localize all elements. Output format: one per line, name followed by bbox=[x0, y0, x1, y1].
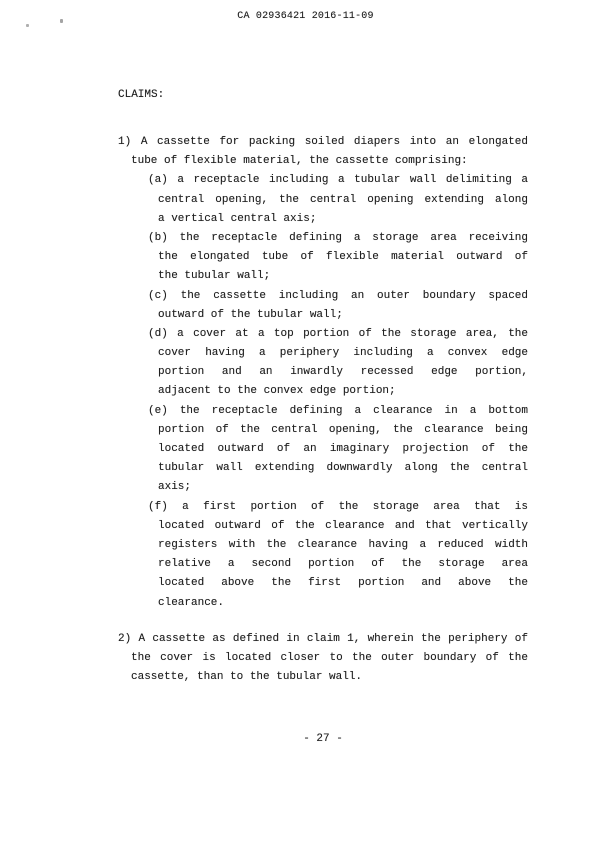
claim-item-line: relative a second portion of the storage… bbox=[158, 555, 528, 574]
claim-item-line: portion of the central opening, the clea… bbox=[158, 421, 528, 440]
claim-item-line: (d) a cover at a top portion of the stor… bbox=[148, 325, 528, 344]
scan-speck bbox=[26, 24, 29, 27]
claim-item-line: located outward of the clearance and tha… bbox=[158, 517, 528, 536]
claim-item-line: adjacent to the convex edge portion; bbox=[158, 382, 528, 401]
claim-item-line: axis; bbox=[158, 478, 528, 497]
claim-2: 2) A cassette as defined in claim 1, whe… bbox=[118, 630, 528, 688]
page-number: - 27 - bbox=[118, 733, 528, 745]
claim-1: 1) A cassette for packing soiled diapers… bbox=[118, 133, 528, 613]
claim-item-line: a vertical central axis; bbox=[158, 210, 528, 229]
claim-item-line: located above the first portion and abov… bbox=[158, 574, 528, 593]
claim-item-line: clearance. bbox=[158, 594, 528, 613]
patent-document-page: CA 02936421 2016-11-09 CLAIMS: 1) A cass… bbox=[0, 0, 611, 864]
claim-item-line: tubular wall extending downwardly along … bbox=[158, 459, 528, 478]
claim-text-line: tube of flexible material, the cassette … bbox=[131, 152, 528, 171]
claim-item-line: outward of the tubular wall; bbox=[158, 306, 528, 325]
claim-item-line: (c) the cassette including an outer boun… bbox=[148, 287, 528, 306]
claim-item-line: (a) a receptacle including a tubular wal… bbox=[148, 171, 528, 190]
claim-text-line: cassette, than to the tubular wall. bbox=[131, 668, 528, 687]
document-header: CA 02936421 2016-11-09 bbox=[0, 11, 611, 22]
claims-body: 1) A cassette for packing soiled diapers… bbox=[118, 133, 528, 687]
claim-item-line: (f) a first portion of the storage area … bbox=[148, 498, 528, 517]
claim-item-line: registers with the clearance having a re… bbox=[158, 536, 528, 555]
claim-item-line: the elongated tube of flexible material … bbox=[158, 248, 528, 267]
claim-text-line: 2) A cassette as defined in claim 1, whe… bbox=[118, 630, 528, 649]
claim-item-line: (b) the receptacle defining a storage ar… bbox=[148, 229, 528, 248]
claim-text-line: the cover is located closer to the outer… bbox=[131, 649, 528, 668]
claim-item-line: portion and an inwardly recessed edge po… bbox=[158, 363, 528, 382]
claim-item-line: (e) the receptacle defining a clearance … bbox=[148, 402, 528, 421]
claim-item-line: central opening, the central opening ext… bbox=[158, 191, 528, 210]
claim-item-line: the tubular wall; bbox=[158, 267, 528, 286]
claim-item-line: located outward of an imaginary projecti… bbox=[158, 440, 528, 459]
claim-item-line: cover having a periphery including a con… bbox=[158, 344, 528, 363]
claim-text-line: 1) A cassette for packing soiled diapers… bbox=[118, 133, 528, 152]
claims-heading: CLAIMS: bbox=[118, 89, 164, 101]
